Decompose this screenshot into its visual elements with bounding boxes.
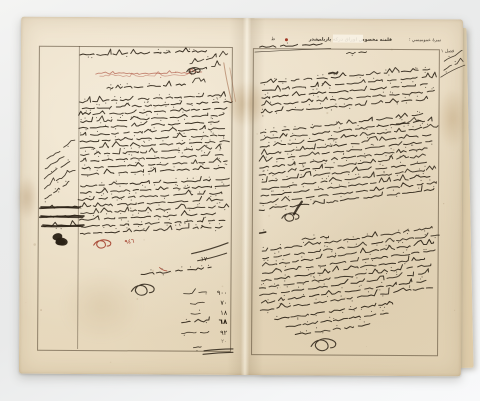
small-number-note: ١٧ bbox=[201, 257, 207, 263]
handwriting-strokes bbox=[25, 38, 465, 365]
account-amount: ١٨ bbox=[209, 310, 227, 317]
account-amount: ٩٠٠ bbox=[209, 290, 227, 297]
handwriting-overlay bbox=[19, 17, 463, 377]
account-amount: ٧٠ bbox=[209, 300, 227, 307]
red-register-number: ٩٤٦ bbox=[124, 239, 134, 246]
document-photo: نمرهٔ عموميسي ؛ قلمنه مخصوص اوراق دركه ي… bbox=[0, 0, 480, 401]
account-amount: ٩٢ bbox=[209, 330, 227, 337]
account-amount: ٦٨ bbox=[209, 319, 227, 326]
document-paper: نمرهٔ عموميسي ؛ قلمنه مخصوص اوراق دركه ي… bbox=[19, 17, 463, 377]
account-amount: ٢٠ bbox=[209, 340, 227, 346]
